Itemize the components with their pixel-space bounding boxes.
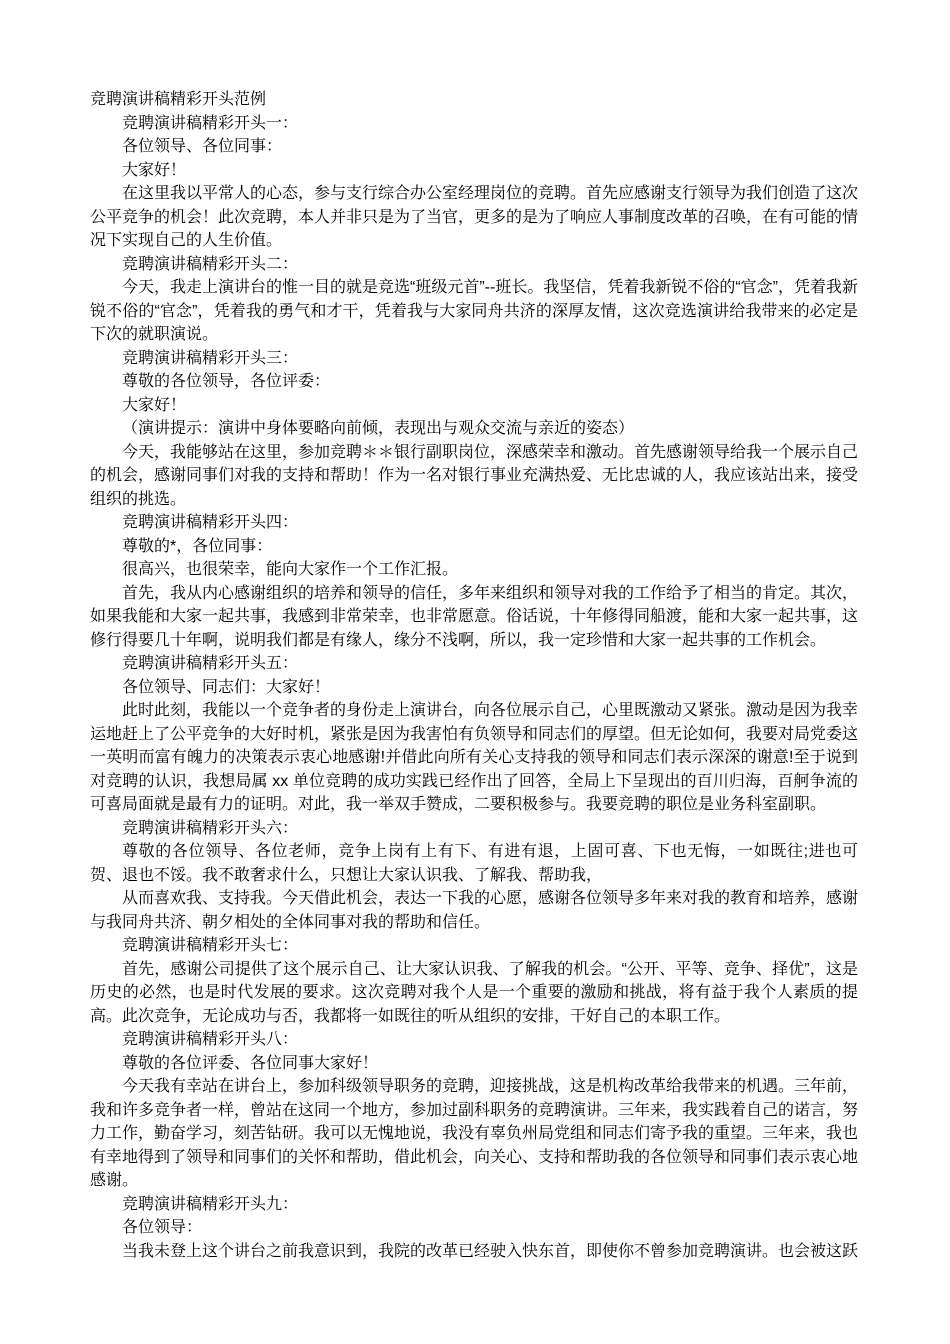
paragraph: 尊敬的各位领导、各位老师，竞争上岗有上有下、有进有退，上固可喜、下也无悔，一如既… [90,840,858,887]
paragraph: 很高兴，也很荣幸，能向大家作一个工作汇报。 [90,558,858,582]
section-1: 竞聘演讲稿精彩开头一： 各位领导、各位同事： 大家好！ 在这里我以平常人的心态，… [90,112,858,253]
section-9-heading: 竞聘演讲稿精彩开头九： [90,1193,858,1217]
section-2: 竞聘演讲稿精彩开头二： 今天，我走上演讲台的惟一目的就是竞选“班级元首”--班长… [90,253,858,347]
paragraph: 首先，我从内心感谢组织的培养和领导的信任，多年来组织和领导对我的工作给予了相当的… [90,582,858,653]
paragraph: 从而喜欢我、支持我。今天借此机会，表达一下我的心愿，感谢各位领导多年来对我的教育… [90,887,858,934]
section-5: 竞聘演讲稿精彩开头五： 各位领导、同志们：大家好！ 此时此刻，我能以一个竞争者的… [90,652,858,817]
paragraph: 在这里我以平常人的心态，参与支行综合办公室经理岗位的竞聘。首先应感谢支行领导为我… [90,182,858,253]
section-2-heading: 竞聘演讲稿精彩开头二： [90,253,858,277]
paragraph: 大家好！ [90,394,858,418]
section-6: 竞聘演讲稿精彩开头六： 尊敬的各位领导、各位老师，竞争上岗有上有下、有进有退，上… [90,817,858,935]
section-3: 竞聘演讲稿精彩开头三： 尊敬的各位领导，各位评委： 大家好！ （演讲提示：演讲中… [90,347,858,512]
paragraph: 各位领导、各位同事： [90,135,858,159]
section-7: 竞聘演讲稿精彩开头七： 首先，感谢公司提供了这个展示自己、让大家认识我、了解我的… [90,934,858,1028]
paragraph: 今天，我走上演讲台的惟一目的就是竞选“班级元首”--班长。我坚信，凭着我新锐不俗… [90,276,858,347]
paragraph: 尊敬的各位评委、各位同事大家好！ [90,1052,858,1076]
section-7-heading: 竞聘演讲稿精彩开头七： [90,934,858,958]
paragraph: 首先，感谢公司提供了这个展示自己、让大家认识我、了解我的机会。“公开、平等、竞争… [90,958,858,1029]
section-3-heading: 竞聘演讲稿精彩开头三： [90,347,858,371]
paragraph: 今天，我能够站在这里，参加竞聘＊＊银行副职岗位，深感荣幸和激动。首先感谢领导给我… [90,441,858,512]
paragraph: 大家好！ [90,159,858,183]
paragraph: 尊敬的各位领导，各位评委： [90,370,858,394]
document-title: 竞聘演讲稿精彩开头范例 [90,88,858,112]
section-8-heading: 竞聘演讲稿精彩开头八： [90,1028,858,1052]
section-5-heading: 竞聘演讲稿精彩开头五： [90,652,858,676]
section-4: 竞聘演讲稿精彩开头四： 尊敬的*，各位同事： 很高兴，也很荣幸，能向大家作一个工… [90,511,858,652]
paragraph: （演讲提示：演讲中身体要略向前倾，表现出与观众交流与亲近的姿态） [90,417,858,441]
section-6-heading: 竞聘演讲稿精彩开头六： [90,817,858,841]
paragraph: 此时此刻，我能以一个竞争者的身份走上演讲台，向各位展示自己，心里既激动又紧张。激… [90,699,858,817]
paragraph: 各位领导： [90,1216,858,1240]
paragraph: 尊敬的*，各位同事： [90,535,858,559]
section-9: 竞聘演讲稿精彩开头九： 各位领导： 当我未登上这个讲台之前我意识到，我院的改革已… [90,1193,858,1264]
section-4-heading: 竞聘演讲稿精彩开头四： [90,511,858,535]
paragraph: 当我未登上这个讲台之前我意识到，我院的改革已经驶入快东首，即使你不曾参加竞聘演讲… [90,1240,858,1264]
section-1-heading: 竞聘演讲稿精彩开头一： [90,112,858,136]
paragraph: 各位领导、同志们：大家好！ [90,676,858,700]
document-page: 竞聘演讲稿精彩开头范例 竞聘演讲稿精彩开头一： 各位领导、各位同事： 大家好！ … [0,0,950,1344]
paragraph: 今天我有幸站在讲台上，参加科级领导职务的竞聘，迎接挑战，这是机构改革给我带来的机… [90,1075,858,1193]
section-8: 竞聘演讲稿精彩开头八： 尊敬的各位评委、各位同事大家好！ 今天我有幸站在讲台上，… [90,1028,858,1193]
